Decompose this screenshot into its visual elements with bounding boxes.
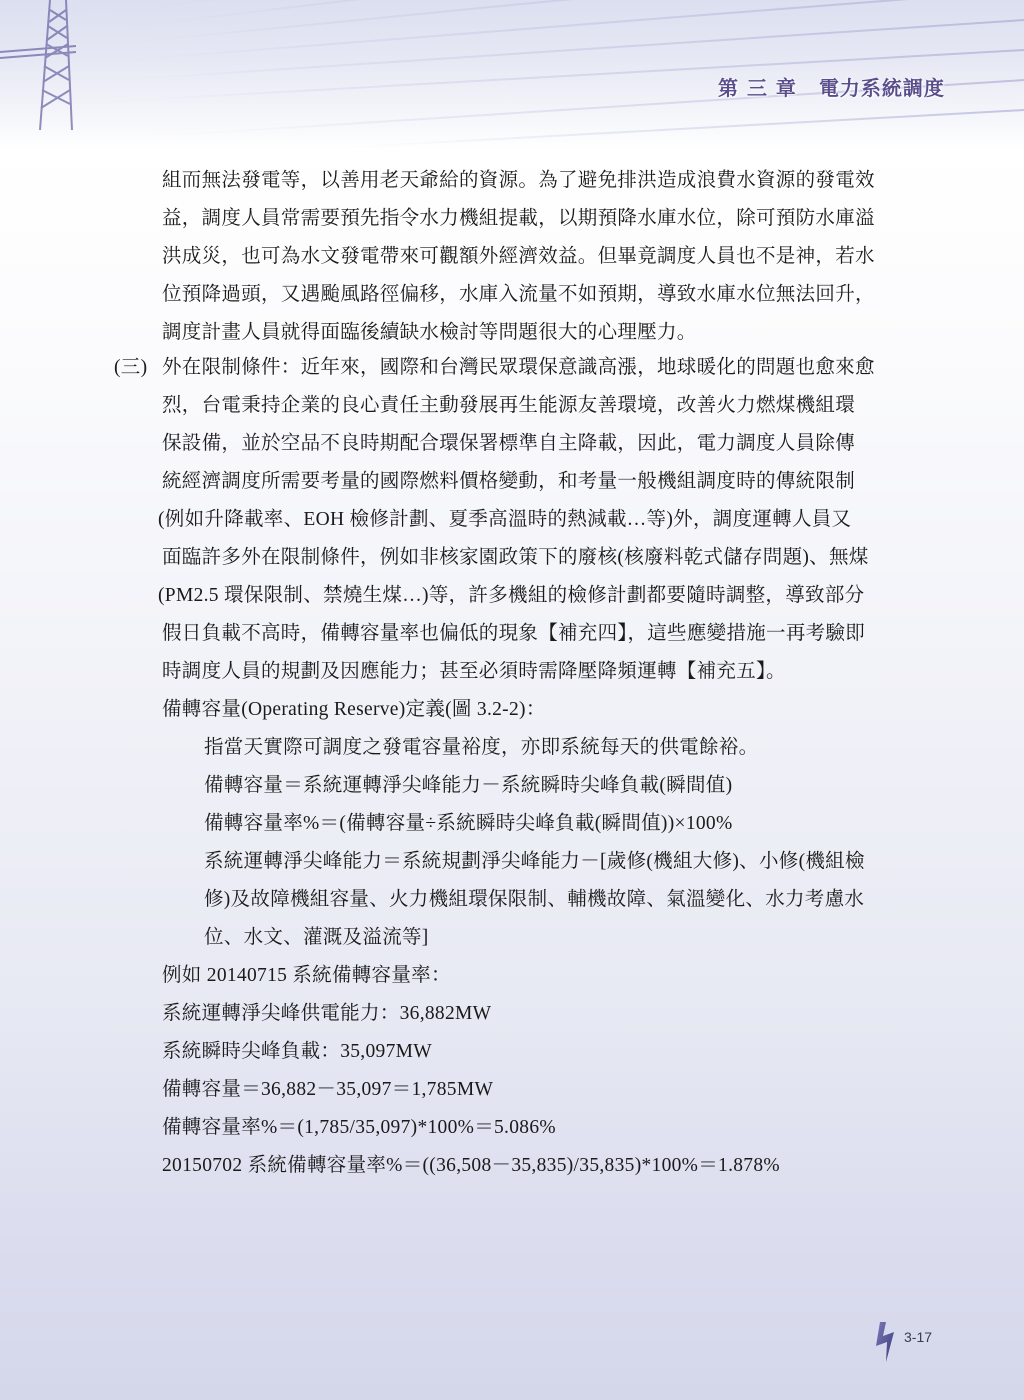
paragraph-line: 洪成災，也可為水文發電帶來可觀額外經濟效益。但畢竟調度人員也不是神，若水 [162,245,875,269]
lightning-bolt-icon [874,1322,898,1362]
definition-heading: 備轉容量(Operating Reserve)定義(圖 3.2-2)： [162,698,546,722]
section-line: 假日負載不高時，備轉容量率也偏低的現象【補充四】，這些應變措施一再考驗即 [162,622,865,646]
example-line: 例如 20140715 系統備轉容量率： [162,964,451,988]
page-number: 3-17 [904,1329,932,1345]
chapter-label: 第 三 章 [718,76,797,100]
header-background: 第 三 章電力系統調度 [0,0,1024,150]
chapter-title: 第 三 章電力系統調度 [718,72,945,101]
section-line: 統經濟調度所需要考量的國際燃料價格變動，和考量一般機組調度時的傳統限制 [162,470,855,494]
definition-line: 備轉容量＝系統運轉淨尖峰能力－系統瞬時尖峰負載(瞬間值) [204,774,732,798]
section-line: 面臨許多外在限制條件，例如非核家園政策下的廢核(核廢料乾式儲存問題)、無煤 [162,546,869,570]
definition-line: 位、水文、灌溉及溢流等] [204,926,429,950]
section-line: 外在限制條件：近年來，國際和台灣民眾環保意識高漲，地球暖化的問題也愈來愈 [162,356,875,380]
example-line: 備轉容量率%＝(1,785/35,097)*100%＝5.086% [162,1116,556,1140]
definition-line: 系統運轉淨尖峰能力＝系統規劃淨尖峰能力－[歲修(機組大修)、小修(機組檢 [204,850,865,874]
paragraph-line: 組而無法發電等，以善用老天爺給的資源。為了避免排洪造成浪費水資源的發電效 [162,169,875,193]
section-line: (PM2.5 環保限制、禁燒生煤…)等，許多機組的檢修計劃都要隨時調整，導致部分 [158,584,864,608]
power-tower-icon [0,0,76,130]
section-line: 時調度人員的規劃及因應能力；甚至必須時需降壓降頻運轉【補充五】。 [162,660,786,684]
section-line: 保設備，並於空品不良時期配合環保署標準自主降載，因此，電力調度人員除傳 [162,432,855,456]
section-line: 烈，台電秉持企業的良心責任主動發展再生能源友善環境，改善火力燃煤機組環 [162,394,855,418]
definition-line: 備轉容量率%＝(備轉容量÷系統瞬時尖峰負載(瞬間值))×100% [204,812,733,836]
paragraph-line: 調度計畫人員就得面臨後續缺水檢討等問題很大的心理壓力。 [162,321,697,345]
chapter-name: 電力系統調度 [819,76,945,100]
paragraph-line: 位預降過頭，又遇颱風路徑偏移，水庫入流量不如預期，導致水庫水位無法回升， [162,283,875,307]
definition-line: 修)及故障機組容量、火力機組環保限制、輔機故障、氣溫變化、水力考慮水 [204,888,864,912]
example-line: 系統瞬時尖峰負載：35,097MW [162,1040,432,1064]
example-line: 系統運轉淨尖峰供電能力：36,882MW [162,1002,491,1026]
definition-line: 指當天實際可調度之發電容量裕度，亦即系統每天的供電餘裕。 [204,736,758,760]
section-line: (例如升降載率、EOH 檢修計劃、夏季高溫時的熱減載…等)外，調度運轉人員又 [158,508,851,532]
example-line: 20150702 系統備轉容量率%＝((36,508－35,835)/35,83… [162,1154,780,1178]
example-line: 備轉容量＝36,882－35,097＝1,785MW [162,1078,493,1102]
page-footer: 3-17 [874,1322,932,1362]
paragraph-line: 益，調度人員常需要預先指令水力機組提載，以期預降水庫水位，除可預防水庫溢 [162,207,875,231]
section-label: (三) [114,356,147,380]
